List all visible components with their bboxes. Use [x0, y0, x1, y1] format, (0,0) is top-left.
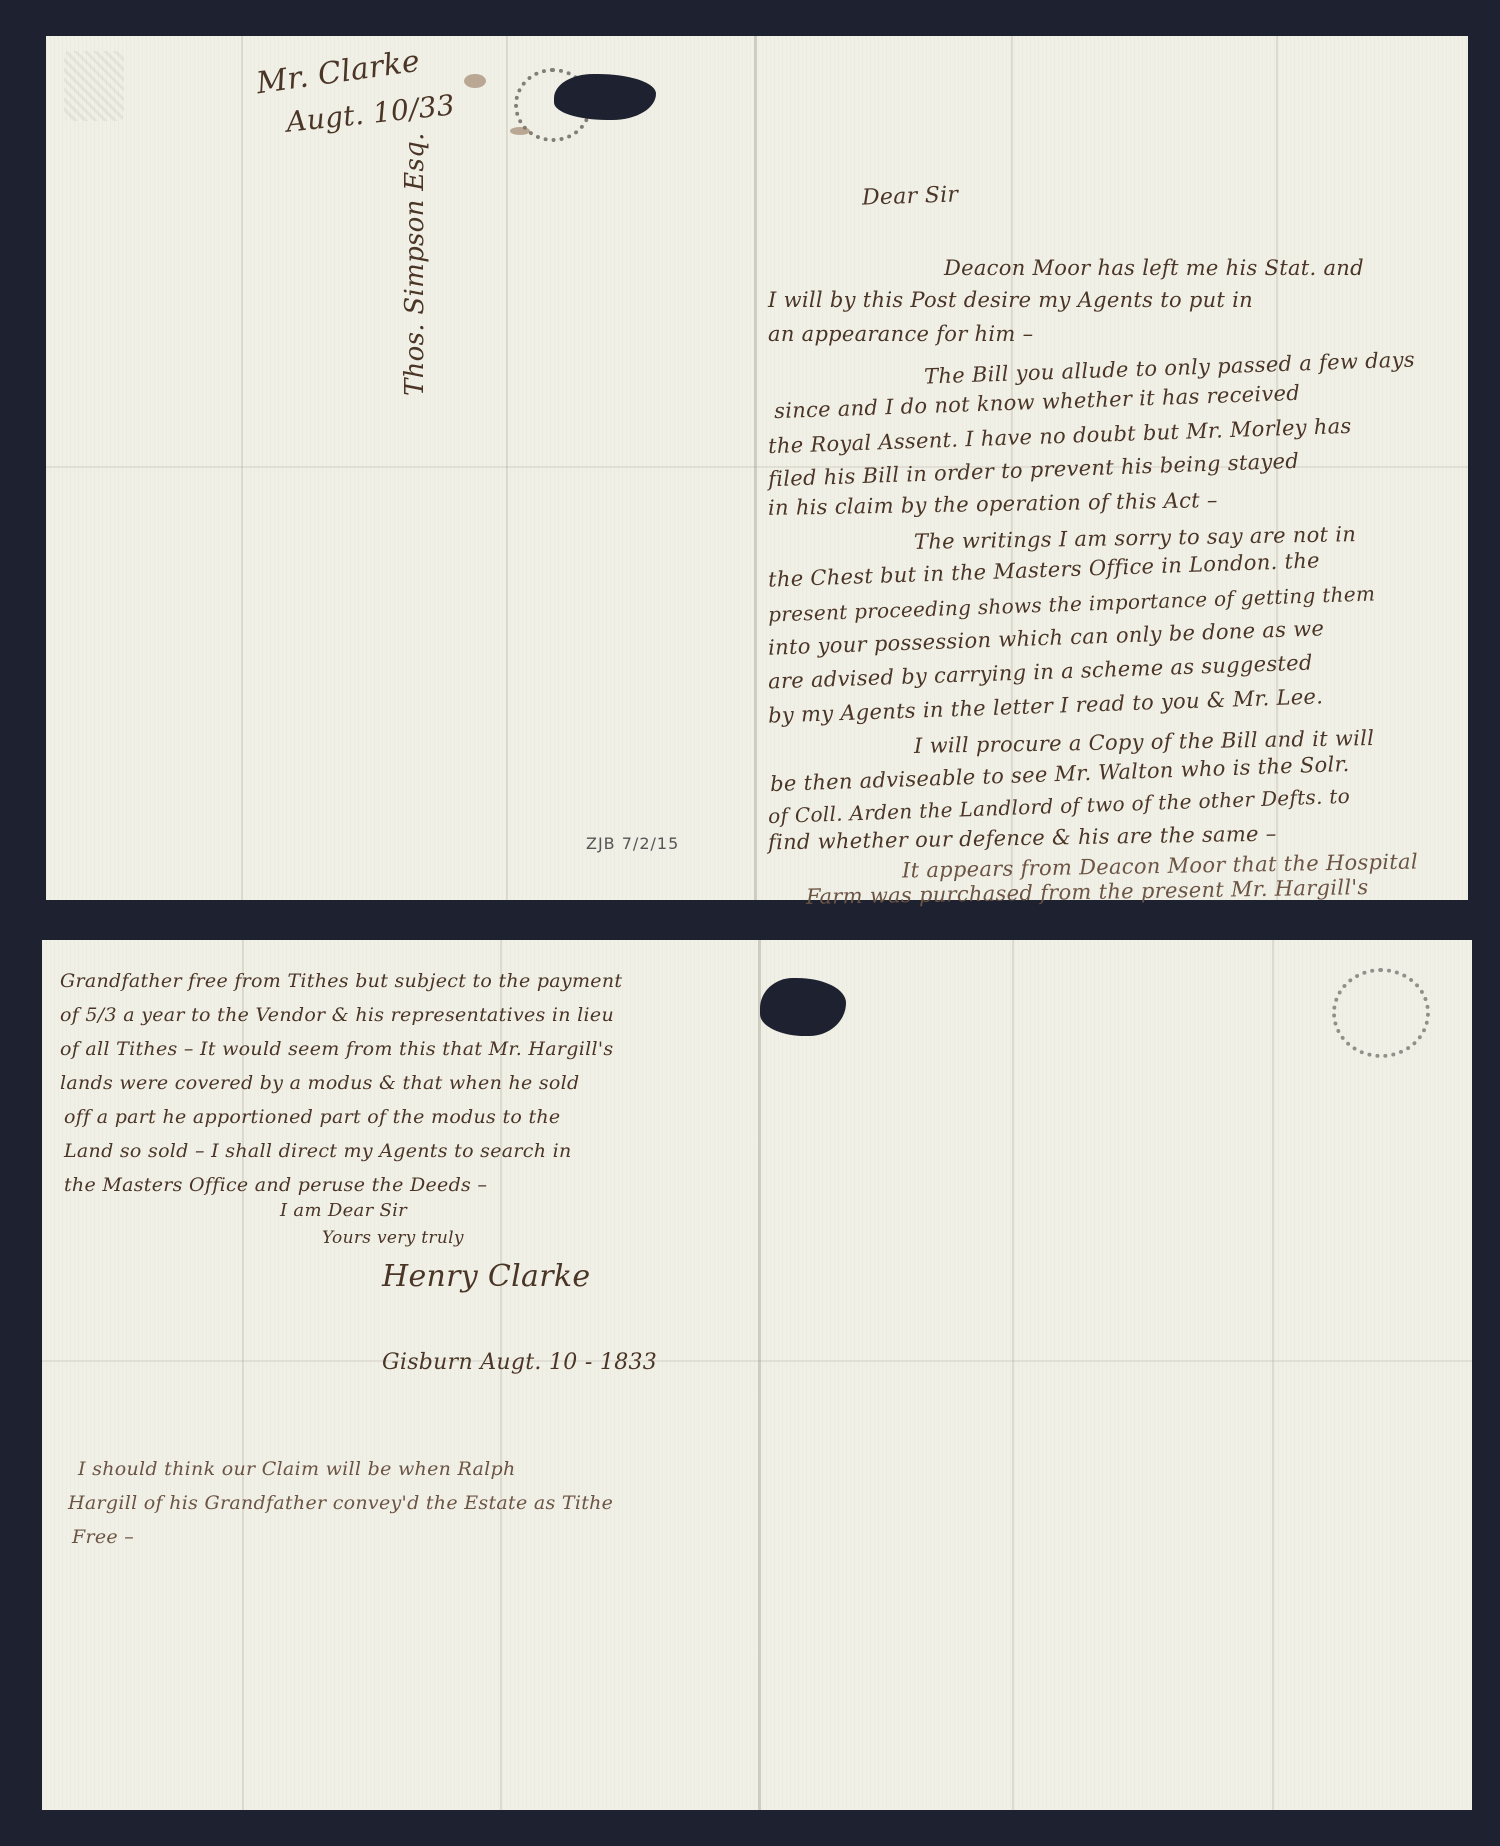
letter-line: of all Tithes – It would seem from this …	[60, 1040, 613, 1059]
letter-line: the Chest but in the Masters Office in L…	[768, 550, 1320, 590]
wax-seal-remnant	[1332, 968, 1430, 1058]
dateline: Gisburn Augt. 10 - 1833	[382, 1352, 657, 1374]
postscript-line: Hargill of his Grandfather convey'd the …	[68, 1494, 613, 1513]
fold-line	[1272, 940, 1274, 1810]
ink-stain	[464, 74, 486, 88]
docket-date: Augt. 10/33	[285, 91, 456, 137]
letter-line: since and I do not know whether it has r…	[774, 383, 1301, 422]
letter-line: in his claim by the operation of this Ac…	[768, 490, 1218, 519]
postscript-line: I should think our Claim will be when Ra…	[78, 1460, 516, 1479]
letter-line: The Bill you allude to only passed a few…	[924, 349, 1415, 387]
fold-line	[506, 36, 508, 900]
signature: Henry Clarke	[382, 1262, 590, 1292]
letter-line: by my Agents in the letter I read to you…	[768, 686, 1324, 726]
salutation: Dear Sir	[862, 184, 959, 209]
ink-stain	[510, 127, 530, 135]
letter-line: filed his Bill in order to prevent his b…	[768, 451, 1300, 491]
fold-line	[242, 940, 244, 1810]
letter-line: off a part he apportioned part of the mo…	[64, 1108, 560, 1127]
fold-line	[42, 1360, 1472, 1362]
letter-line: an appearance for him –	[768, 324, 1033, 345]
letter-line: of 5/3 a year to the Vendor & his repres…	[60, 1006, 614, 1025]
embossed-stamp	[64, 51, 124, 121]
address-vertical: Thos. Simpson Esq.	[402, 132, 428, 396]
letter-line: I will by this Post desire my Agents to …	[768, 290, 1253, 311]
letter-line: Deacon Moor has left me his Stat. and	[944, 258, 1364, 279]
bottom-sheet: Grandfather free from Tithes but subject…	[42, 940, 1472, 1810]
page-gutter	[758, 940, 761, 1810]
letter-line: lands were covered by a modus & that whe…	[60, 1074, 580, 1093]
fold-line	[1012, 940, 1014, 1810]
closing-line: Yours very truly	[322, 1230, 464, 1247]
seal-tear-hole	[760, 978, 846, 1036]
letter-line: Land so sold – I shall direct my Agents …	[64, 1142, 571, 1161]
page-gutter	[754, 36, 757, 900]
seal-tear-hole	[554, 74, 656, 120]
fold-line	[241, 36, 243, 900]
letter-line: Farm was purchased from the present Mr. …	[806, 877, 1369, 908]
letter-line: the Masters Office and peruse the Deeds …	[64, 1176, 487, 1195]
top-sheet: Mr. Clarke Augt. 10/33 Thos. Simpson Esq…	[46, 36, 1468, 900]
letter-line: find whether our defence & his are the s…	[768, 824, 1277, 854]
closing-line: I am Dear Sir	[280, 1202, 407, 1220]
letter-line: Grandfather free from Tithes but subject…	[60, 972, 622, 991]
docket-name: Mr. Clarke	[255, 47, 422, 100]
fold-line	[500, 940, 502, 1810]
archive-reference: ZJB 7/2/15	[586, 836, 679, 852]
postscript-line: Free –	[72, 1528, 134, 1547]
